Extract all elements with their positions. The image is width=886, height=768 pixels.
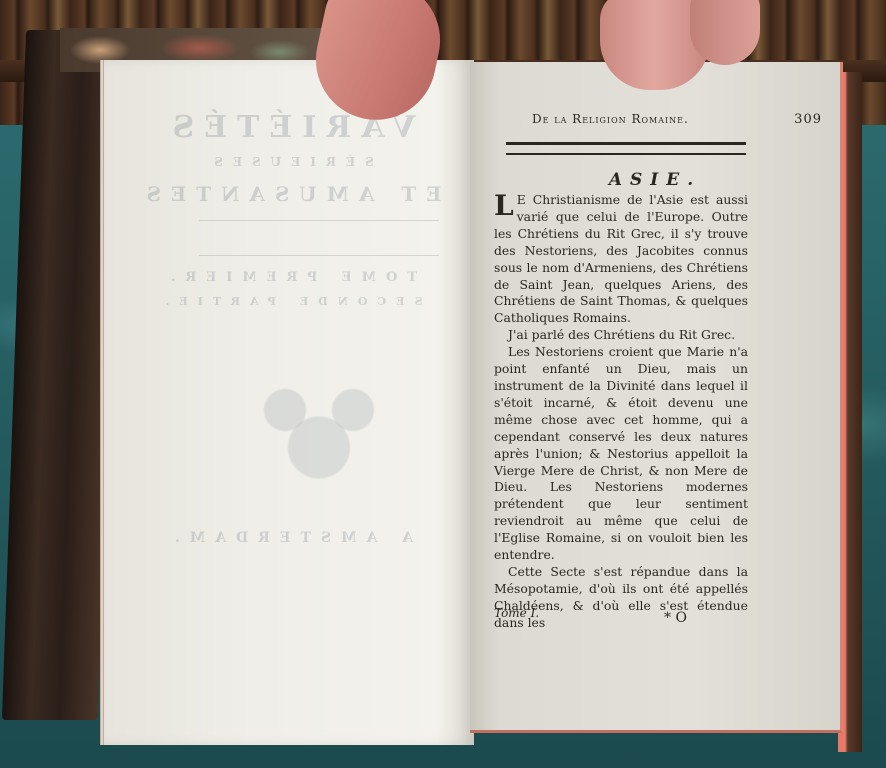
body-text: LE Christianisme de l'Asie est aussi var… bbox=[494, 192, 748, 632]
show-through-tome: TOME PREMIER. bbox=[104, 270, 474, 285]
paragraph: J'ai parlé des Chrétiens du Rit Grec. bbox=[494, 327, 748, 344]
paragraph: Les Nestoriens croient que Marie n'a poi… bbox=[494, 344, 748, 564]
show-through-title: VARIÉTÉS bbox=[104, 110, 474, 145]
section-title: ASIE. bbox=[470, 170, 840, 190]
left-page: VARIÉTÉS SÉRIEUSES ET AMUSANTES TOME PRE… bbox=[100, 60, 474, 745]
show-through-rule bbox=[199, 255, 439, 256]
page-number: 309 bbox=[794, 112, 822, 127]
paragraph: LE Christianisme de l'Asie est aussi var… bbox=[494, 192, 748, 327]
running-head-title: De la Religion Romaine. bbox=[532, 112, 689, 126]
show-through-subtitle-2: ET AMUSANTES bbox=[104, 182, 474, 206]
show-through-subtitle: SÉRIEUSES bbox=[104, 155, 474, 169]
paragraph: Cette Secte s'est répandue dans la Mésop… bbox=[494, 564, 748, 632]
drop-cap: L bbox=[494, 194, 514, 218]
signature-mark: * O bbox=[664, 610, 687, 626]
double-rule-divider bbox=[506, 142, 746, 155]
running-head: De la Religion Romaine. 309 bbox=[532, 112, 822, 126]
right-page: De la Religion Romaine. 309 ASIE. LE Chr… bbox=[470, 62, 843, 733]
show-through-partie: SECONDE PARTIE. bbox=[104, 295, 474, 308]
show-through-fleuron-icon bbox=[234, 350, 404, 500]
show-through-rule bbox=[199, 220, 439, 221]
tome-label: Tome I. bbox=[494, 606, 539, 620]
show-through-imprint: A AMSTERDAM. bbox=[104, 530, 474, 546]
